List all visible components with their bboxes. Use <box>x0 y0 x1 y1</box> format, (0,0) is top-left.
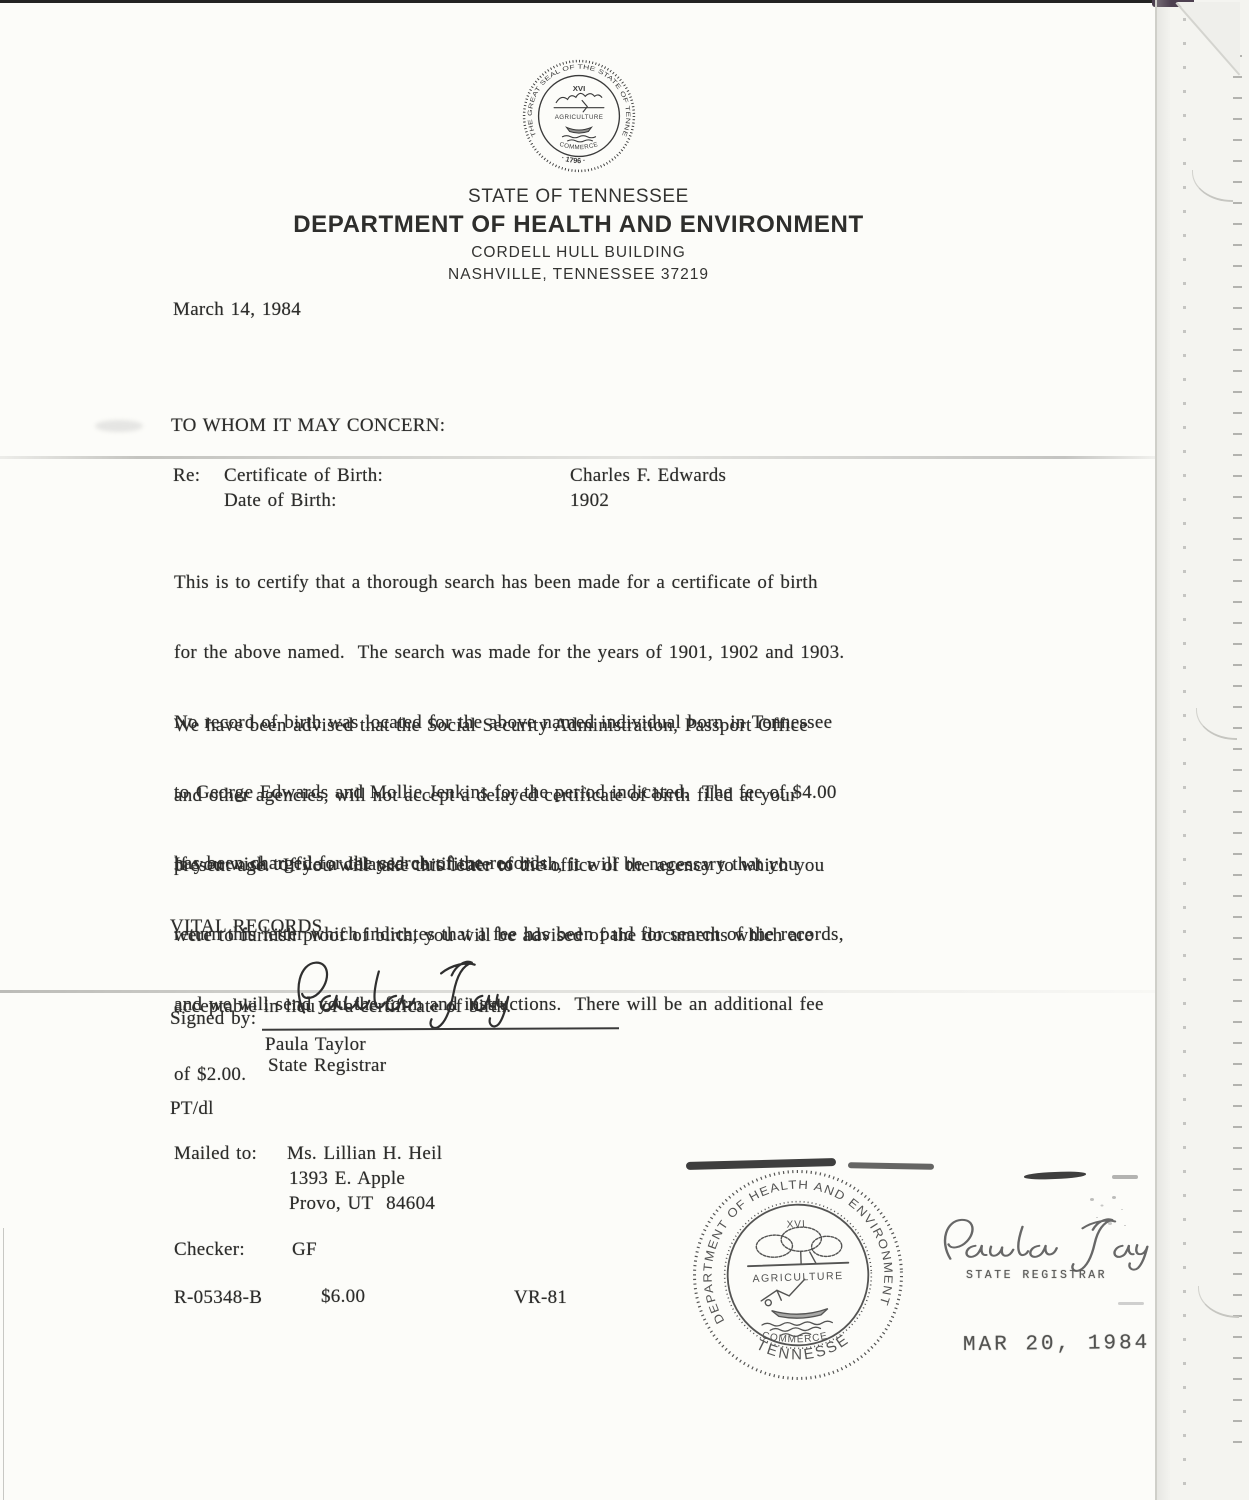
recipient-street: 1393 E. Apple <box>289 1167 405 1190</box>
checker-label: Checker: <box>174 1238 245 1261</box>
registrar-signature-stamp <box>930 1210 1152 1274</box>
letterhead-department: DEPARTMENT OF HEALTH AND ENVIRONMENT <box>0 211 1157 239</box>
fee-amount: $6.00 <box>321 1285 365 1308</box>
received-date-stamp: MAR 20, 1984 <box>963 1332 1150 1357</box>
protector-thumb-notch <box>1198 1286 1239 1318</box>
handwritten-signature <box>283 950 513 1032</box>
letter-date: March 14, 1984 <box>173 298 301 321</box>
letterhead: STATE OF TENNESSEE DEPARTMENT OF HEALTH … <box>0 186 1157 284</box>
ink-speckles <box>1090 1198 1094 1201</box>
svg-text:AGRICULTURE: AGRICULTURE <box>752 1270 844 1285</box>
receipt-number: R-05348-B <box>174 1286 262 1309</box>
svg-text:XVI: XVI <box>786 1219 806 1231</box>
svg-text:AGRICULTURE: AGRICULTURE <box>555 114 604 121</box>
ink-smudge <box>1118 1302 1144 1305</box>
svg-text:· 1796 ·: · 1796 · <box>560 153 586 165</box>
scan-smear <box>95 420 143 432</box>
svg-text:COMMERCE: COMMERCE <box>558 141 599 151</box>
ink-smudge <box>1112 1175 1138 1179</box>
recipient-name: Ms. Lillian H. Heil <box>287 1142 442 1165</box>
paper-fold-crease-top <box>0 456 1157 459</box>
letterhead-building: CORDELL HULL BUILDING <box>0 244 1157 262</box>
ink-smudge <box>1024 1171 1086 1180</box>
department-seal-stamp: DEPARTMENT OF HEALTH AND ENVIRONMENT TEN… <box>686 1163 909 1386</box>
form-number: VR-81 <box>514 1286 567 1309</box>
letterhead-city: NASHVILLE, TENNESSEE 37219 <box>0 266 1157 284</box>
svg-text:XVI: XVI <box>573 84 586 93</box>
recipient-city: Provo, UT 84604 <box>289 1192 435 1215</box>
perforation-dots <box>1183 18 1186 1488</box>
protector-thumb-notch <box>1196 708 1237 740</box>
registrar-title-stamp: STATE REGISTRAR <box>966 1269 1107 1282</box>
protector-thumb-notch <box>1192 170 1233 202</box>
scanned-letter-document: THE GREAT SEAL OF THE STATE OF TENNESSEE… <box>0 0 1249 1500</box>
page-edge-shadow <box>1157 0 1171 1500</box>
letter-page: THE GREAT SEAL OF THE STATE OF TENNESSEE… <box>0 0 1157 1500</box>
re-dob-label: Date of Birth: <box>224 489 337 512</box>
re-dob-value: 1902 <box>570 489 609 512</box>
mailed-to-label: Mailed to: <box>174 1142 257 1165</box>
signed-by-label: Signed by: <box>170 1007 256 1030</box>
checker-value: GF <box>292 1238 317 1261</box>
binder-tear-edge <box>1233 55 1242 1445</box>
scan-edge-strip <box>0 0 1192 3</box>
signer-title: State Registrar <box>268 1054 386 1077</box>
page-left-edge <box>3 1228 4 1500</box>
tennessee-state-seal-icon: THE GREAT SEAL OF THE STATE OF TENNESSEE… <box>522 59 636 173</box>
signer-name: Paula Taylor <box>265 1033 366 1056</box>
re-certificate-label: Certificate of Birth: <box>224 464 383 487</box>
re-certificate-value: Charles F. Edwards <box>570 464 726 487</box>
typist-initials: PT/dl <box>170 1097 214 1120</box>
salutation: TO WHOM IT MAY CONCERN: <box>171 414 445 437</box>
re-label: Re: <box>173 464 200 487</box>
office-name: VITAL RECORDS <box>170 915 323 938</box>
letterhead-state: STATE OF TENNESSEE <box>0 186 1157 208</box>
